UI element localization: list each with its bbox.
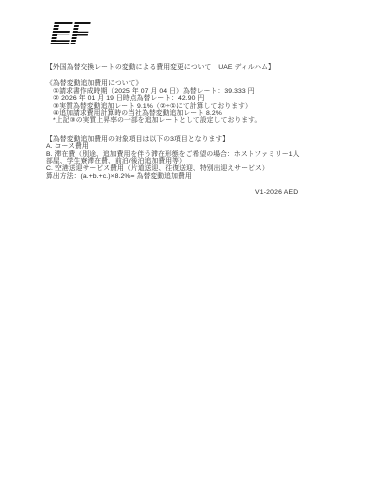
ef-logo-graphic: EF (49, 13, 97, 53)
fx-rate-section: 《為替変動追加費用について》 ①請求書作成時期（2025 年 07 月 04 日… (46, 80, 338, 124)
target-item-c: C. 空港送迎サービス費用（片道送迎、往復送迎、特別出迎えサービス） (46, 165, 338, 172)
target-section-heading: 【為替変動追加費用の対象項目は以下の3項目となります】 (46, 136, 338, 143)
document-body: 【外国為替交換レートの変動による費用変更について UAE ディルハム】 《為替変… (46, 64, 338, 180)
fx-section-heading: 《為替変動追加費用について》 (46, 80, 338, 87)
fx-item-2: ② 2026 年 01 月 19 日時点為替レート：42.90 円 (46, 95, 338, 102)
target-item-b: B. 滞在費（別途、追加費用を伴う滞在形態をご希望の場合：ホストファミリー1人 (46, 151, 338, 158)
ef-logo: EF (49, 13, 97, 53)
calculation-formula: 算出方法：(a.+b.+c.)×8.2%= 為替変動追加費用 (46, 173, 338, 180)
ef-logo-text: EF (50, 14, 91, 51)
fx-item-note: *上記③の実質上昇率の一部を追加レートとして設定しております。 (46, 117, 338, 124)
target-item-a: A. コース費用 (46, 143, 338, 150)
fx-item-3: ③実質為替変動追加レート 9.1%（②÷①にて計算しております） (46, 103, 338, 110)
document-page: EF 【外国為替交換レートの変動による費用変更について UAE ディルハム】 《… (0, 0, 371, 480)
target-items-section: 【為替変動追加費用の対象項目は以下の3項目となります】 A. コース費用 B. … (46, 136, 338, 180)
document-title: 【外国為替交換レートの変動による費用変更について UAE ディルハム】 (46, 64, 338, 71)
version-label: V1-2026 AED (255, 189, 298, 196)
